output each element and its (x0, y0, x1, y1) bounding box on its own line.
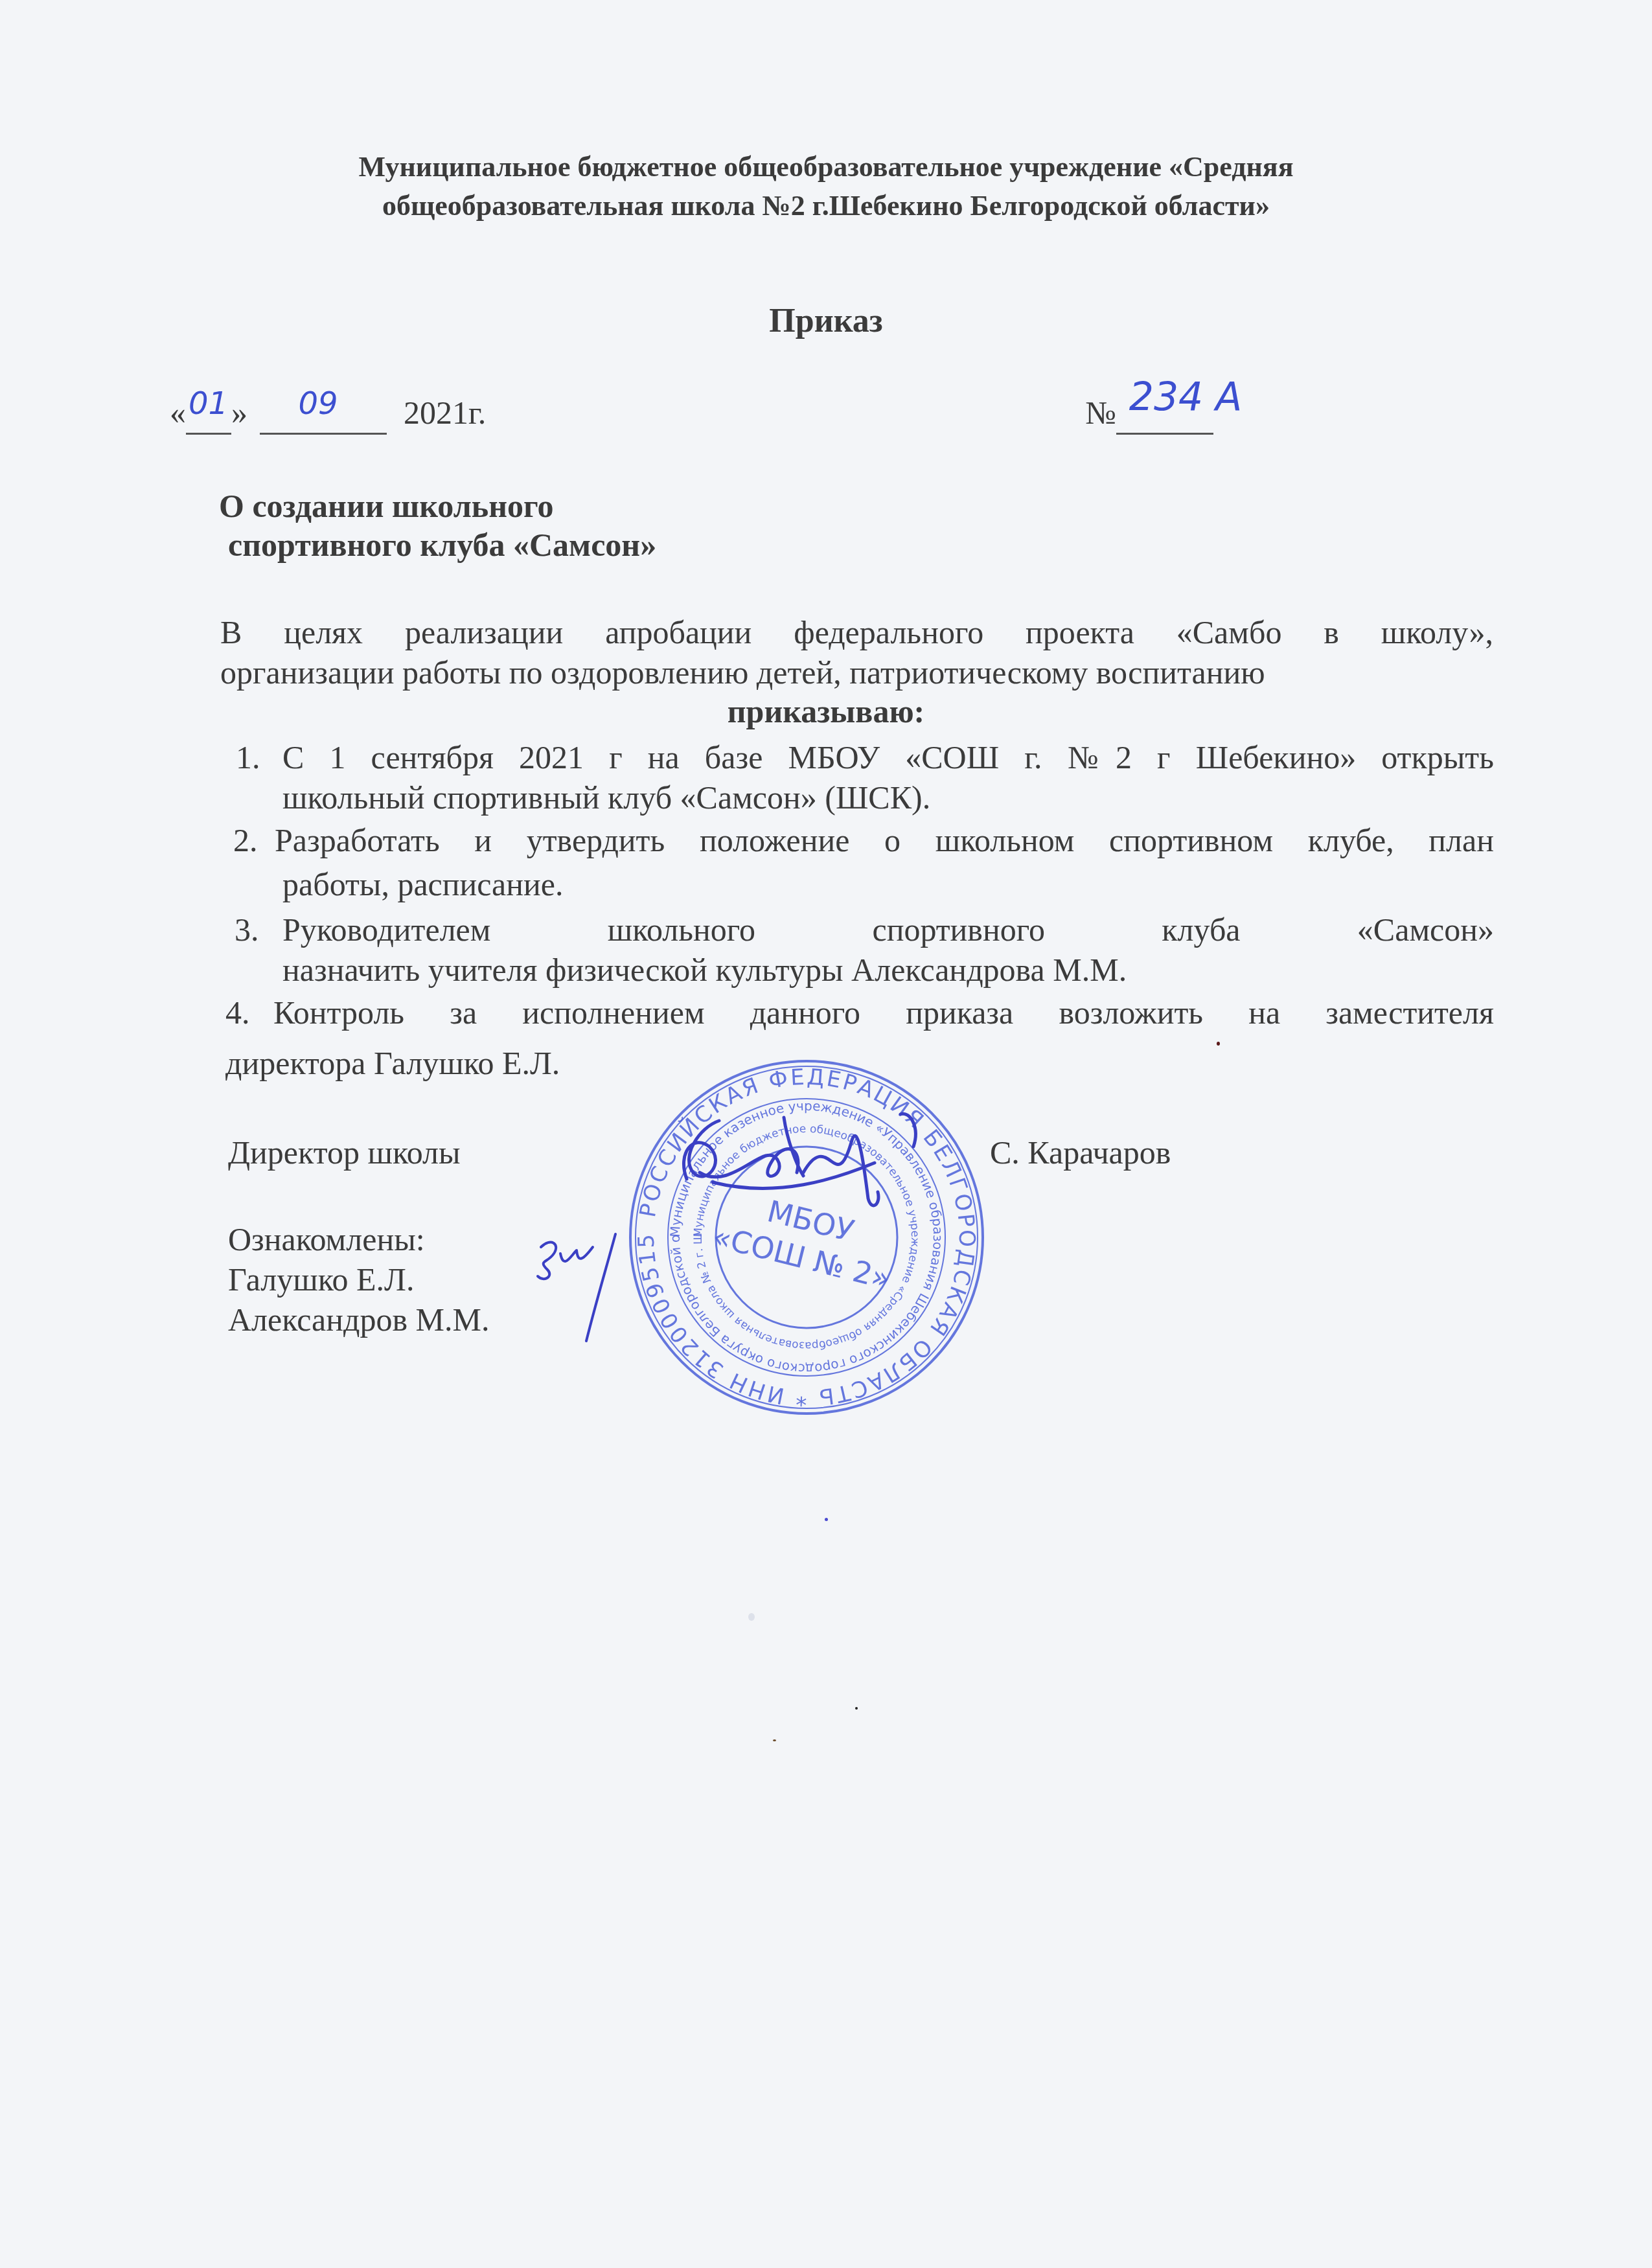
date-close-quote: » (231, 395, 247, 431)
signature-position: Директор школы (228, 1132, 461, 1173)
acknowledged-name-2: Александров М.М. (228, 1300, 490, 1340)
acknowledgement-signature-icon (531, 1231, 635, 1347)
item-2-line1: Разработать и утвердить положение о школ… (275, 820, 1494, 860)
item-1-line2: школьный спортивный клуб «Самсон» (ШСК). (282, 777, 930, 818)
date-day-field: 01 (186, 393, 231, 435)
number-label: № (1085, 395, 1116, 431)
item-2-line2: работы, расписание. (282, 864, 564, 904)
order-word: приказываю: (0, 691, 1652, 731)
date-month-handwritten: 09 (299, 384, 338, 424)
date-year: 2021г. (404, 395, 486, 431)
item-1-line1: С 1 сентября 2021 г на базе МБОУ «СОШ г.… (282, 737, 1494, 777)
order-number: №234 А (1085, 393, 1213, 435)
signature-name: С. Карачаров (990, 1132, 1171, 1173)
item-3-number: 3. (235, 910, 259, 950)
item-1-number: 1. (236, 737, 260, 777)
institution-header-line2: общеобразовательная школа №2 г.Шебекино … (0, 187, 1652, 225)
number-field: 234 А (1116, 393, 1213, 435)
item-2-number: 2. (233, 820, 258, 860)
institution-header-line1: Муниципальное бюджетное общеобразователь… (0, 148, 1652, 187)
item-4-number: 4. (225, 992, 250, 1033)
acknowledged-name-1: Галушко Е.Л. (228, 1259, 414, 1300)
date-open-quote: « (170, 395, 186, 431)
item-4-line2: директора Галушко Е.Л. (225, 1043, 560, 1083)
paper-speck (748, 1613, 755, 1621)
paper-speck (1217, 1042, 1220, 1046)
paper-speck (773, 1739, 776, 1741)
number-handwritten: 234 А (1129, 377, 1243, 417)
subject-line2: спортивного клуба «Самсон» (228, 525, 656, 565)
subject-line1: О создании школьного (219, 486, 553, 526)
item-4-line1: Контроль за исполнением данного приказа … (273, 992, 1494, 1033)
paper-speck (825, 1518, 828, 1521)
preamble-line2: организации работы по оздоровлению детей… (220, 652, 1265, 693)
item-3-line2: назначить учителя физической культуры Ал… (282, 950, 1127, 990)
item-3-line1: Руководителем школьного спортивного клуб… (282, 910, 1494, 950)
acknowledged-label: Ознакомлены: (228, 1219, 425, 1259)
paper-speck (855, 1707, 858, 1710)
document-title: Приказ (0, 302, 1652, 340)
preamble-line1: В целях реализации апробации федеральног… (220, 612, 1493, 652)
director-signature-icon (674, 1101, 959, 1218)
date-month-field: 09 (260, 393, 387, 435)
order-date: «01 » 09 2021г. (170, 393, 486, 435)
date-day-handwritten: 01 (189, 384, 228, 424)
